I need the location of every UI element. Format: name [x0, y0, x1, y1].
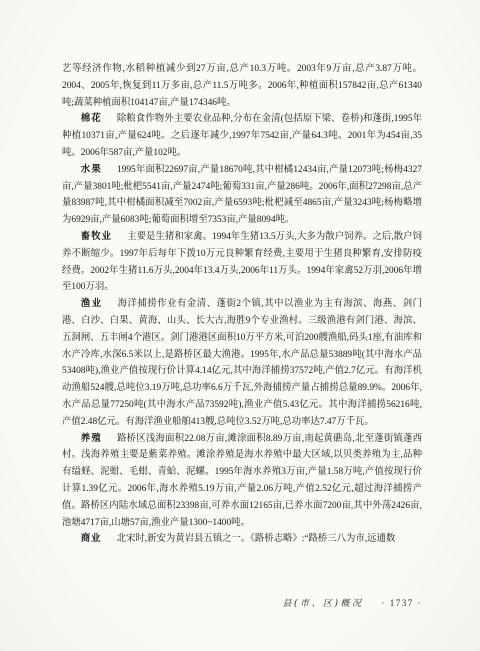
paragraph: 商业北宋时,新安为黄岩县五镇之一。《路桥志略》:“路桥三八为市,远通数: [62, 531, 422, 548]
paragraph-heading: 渔业: [81, 299, 103, 309]
paragraph-text: 海洋捕捞作业有金清、蓬街2个镇,其中以渔业为主有海滨、海燕、剑门港、白沙、白果、…: [62, 299, 422, 427]
paragraph-text: 1995年面积22697亩,产量18670吨,其中柑橘12434亩,产量1207…: [62, 165, 422, 225]
footer-section-label: 县(市、区)概况: [282, 599, 363, 609]
paragraph: 渔业海洋捕捞作业有金清、蓬街2个镇,其中以渔业为主有海滨、海燕、剑门港、白沙、白…: [62, 296, 422, 430]
paragraph-heading: 水果: [81, 165, 102, 175]
paragraph: 畜牧业主要是生猪和家禽。1994年生猪13.5万头,大多为散户饲养。之后,散户饲…: [62, 229, 422, 296]
page: 艺等经济作物,水稻种植减少到27万亩,总产10.3万吨。2003年9万亩,总产3…: [0, 0, 480, 651]
paragraph-text: 艺等经济作物,水稻种植减少到27万亩,总产10.3万吨。2003年9万亩,总产3…: [62, 64, 422, 108]
paragraph: 养殖路桥区浅海面积22.08万亩,滩涂面积8.89万亩,南起黄礁岛,北至蓬街镇蓬…: [62, 431, 422, 532]
paragraph-text: 路桥区浅海面积22.08万亩,滩涂面积8.89万亩,南起黄礁岛,北至蓬街镇蓬西村…: [62, 434, 422, 528]
paragraph: 艺等经济作物,水稻种植减少到27万亩,总产10.3万吨。2003年9万亩,总产3…: [62, 61, 422, 111]
paragraph-heading: 养殖: [81, 434, 102, 444]
paragraph-heading: 商业: [81, 534, 102, 544]
paragraph-text: 北宋时,新安为黄岩县五镇之一。《路桥志略》:“路桥三八为市,远通数: [117, 534, 396, 544]
page-number: · 1737 ·: [382, 598, 423, 608]
text-block: 艺等经济作物,水稻种植减少到27万亩,总产10.3万吨。2003年9万亩,总产3…: [62, 61, 422, 548]
paragraph-text: 除粮食作物外主要农业品种,分布在金清(包括原下梁、卷桥)和蓬街,1995年种植1…: [62, 114, 422, 158]
paragraph-text: 主要是生猪和家禽。1994年生猪13.5万头,大多为散户饲养。之后,散户饲养不断…: [62, 232, 422, 292]
paragraph-heading: 棉花: [81, 114, 102, 124]
page-footer: 县(市、区)概况· 1737 ·: [62, 596, 422, 609]
paragraph: 棉花除粮食作物外主要农业品种,分布在金清(包括原下梁、卷桥)和蓬街,1995年种…: [62, 111, 422, 161]
paragraph: 水果1995年面积22697亩,产量18670吨,其中柑橘12434亩,产量12…: [62, 162, 422, 229]
paragraph-heading: 畜牧业: [81, 232, 112, 242]
